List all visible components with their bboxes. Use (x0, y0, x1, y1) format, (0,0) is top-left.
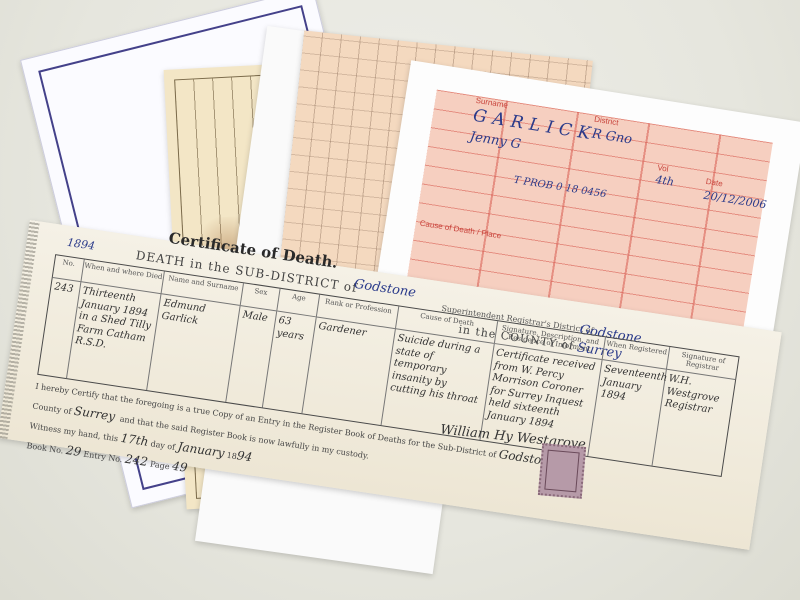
col-cause: Cause of DeathSuicide during a state of … (382, 307, 498, 440)
revenue-stamp (538, 443, 586, 499)
entry-label: Entry No. (83, 450, 123, 465)
index-label-vol: Vol (657, 163, 669, 174)
index-reference: T PROB 0 18 0456 (513, 175, 607, 201)
day-of-label: day of (150, 439, 176, 452)
county-footer-value: Surrey (73, 404, 116, 424)
book-number: 29 (65, 443, 82, 459)
index-volume: 4th (655, 173, 675, 189)
index-forenames: Jenny G (469, 129, 522, 152)
index-date: 20/12/2006 (703, 189, 768, 212)
page-number: 49 (171, 459, 188, 475)
index-label-cause: Cause of Death / Place (419, 219, 502, 241)
index-district: R Gno (591, 126, 633, 147)
county-footer-label: County of (32, 401, 72, 416)
entry-number: 242 (124, 452, 149, 469)
witness-month: January (177, 439, 226, 460)
certificate-subdistrict: Godstone (353, 277, 417, 301)
certificate-year: 1894 (66, 236, 96, 253)
witness-year: 94 (236, 448, 253, 464)
witness-day: 17th (120, 431, 150, 449)
index-label-date: Date (705, 177, 723, 189)
book-label: Book No. (26, 441, 64, 455)
page-label: Page (149, 459, 170, 471)
census-form-label: CA (282, 0, 300, 1)
